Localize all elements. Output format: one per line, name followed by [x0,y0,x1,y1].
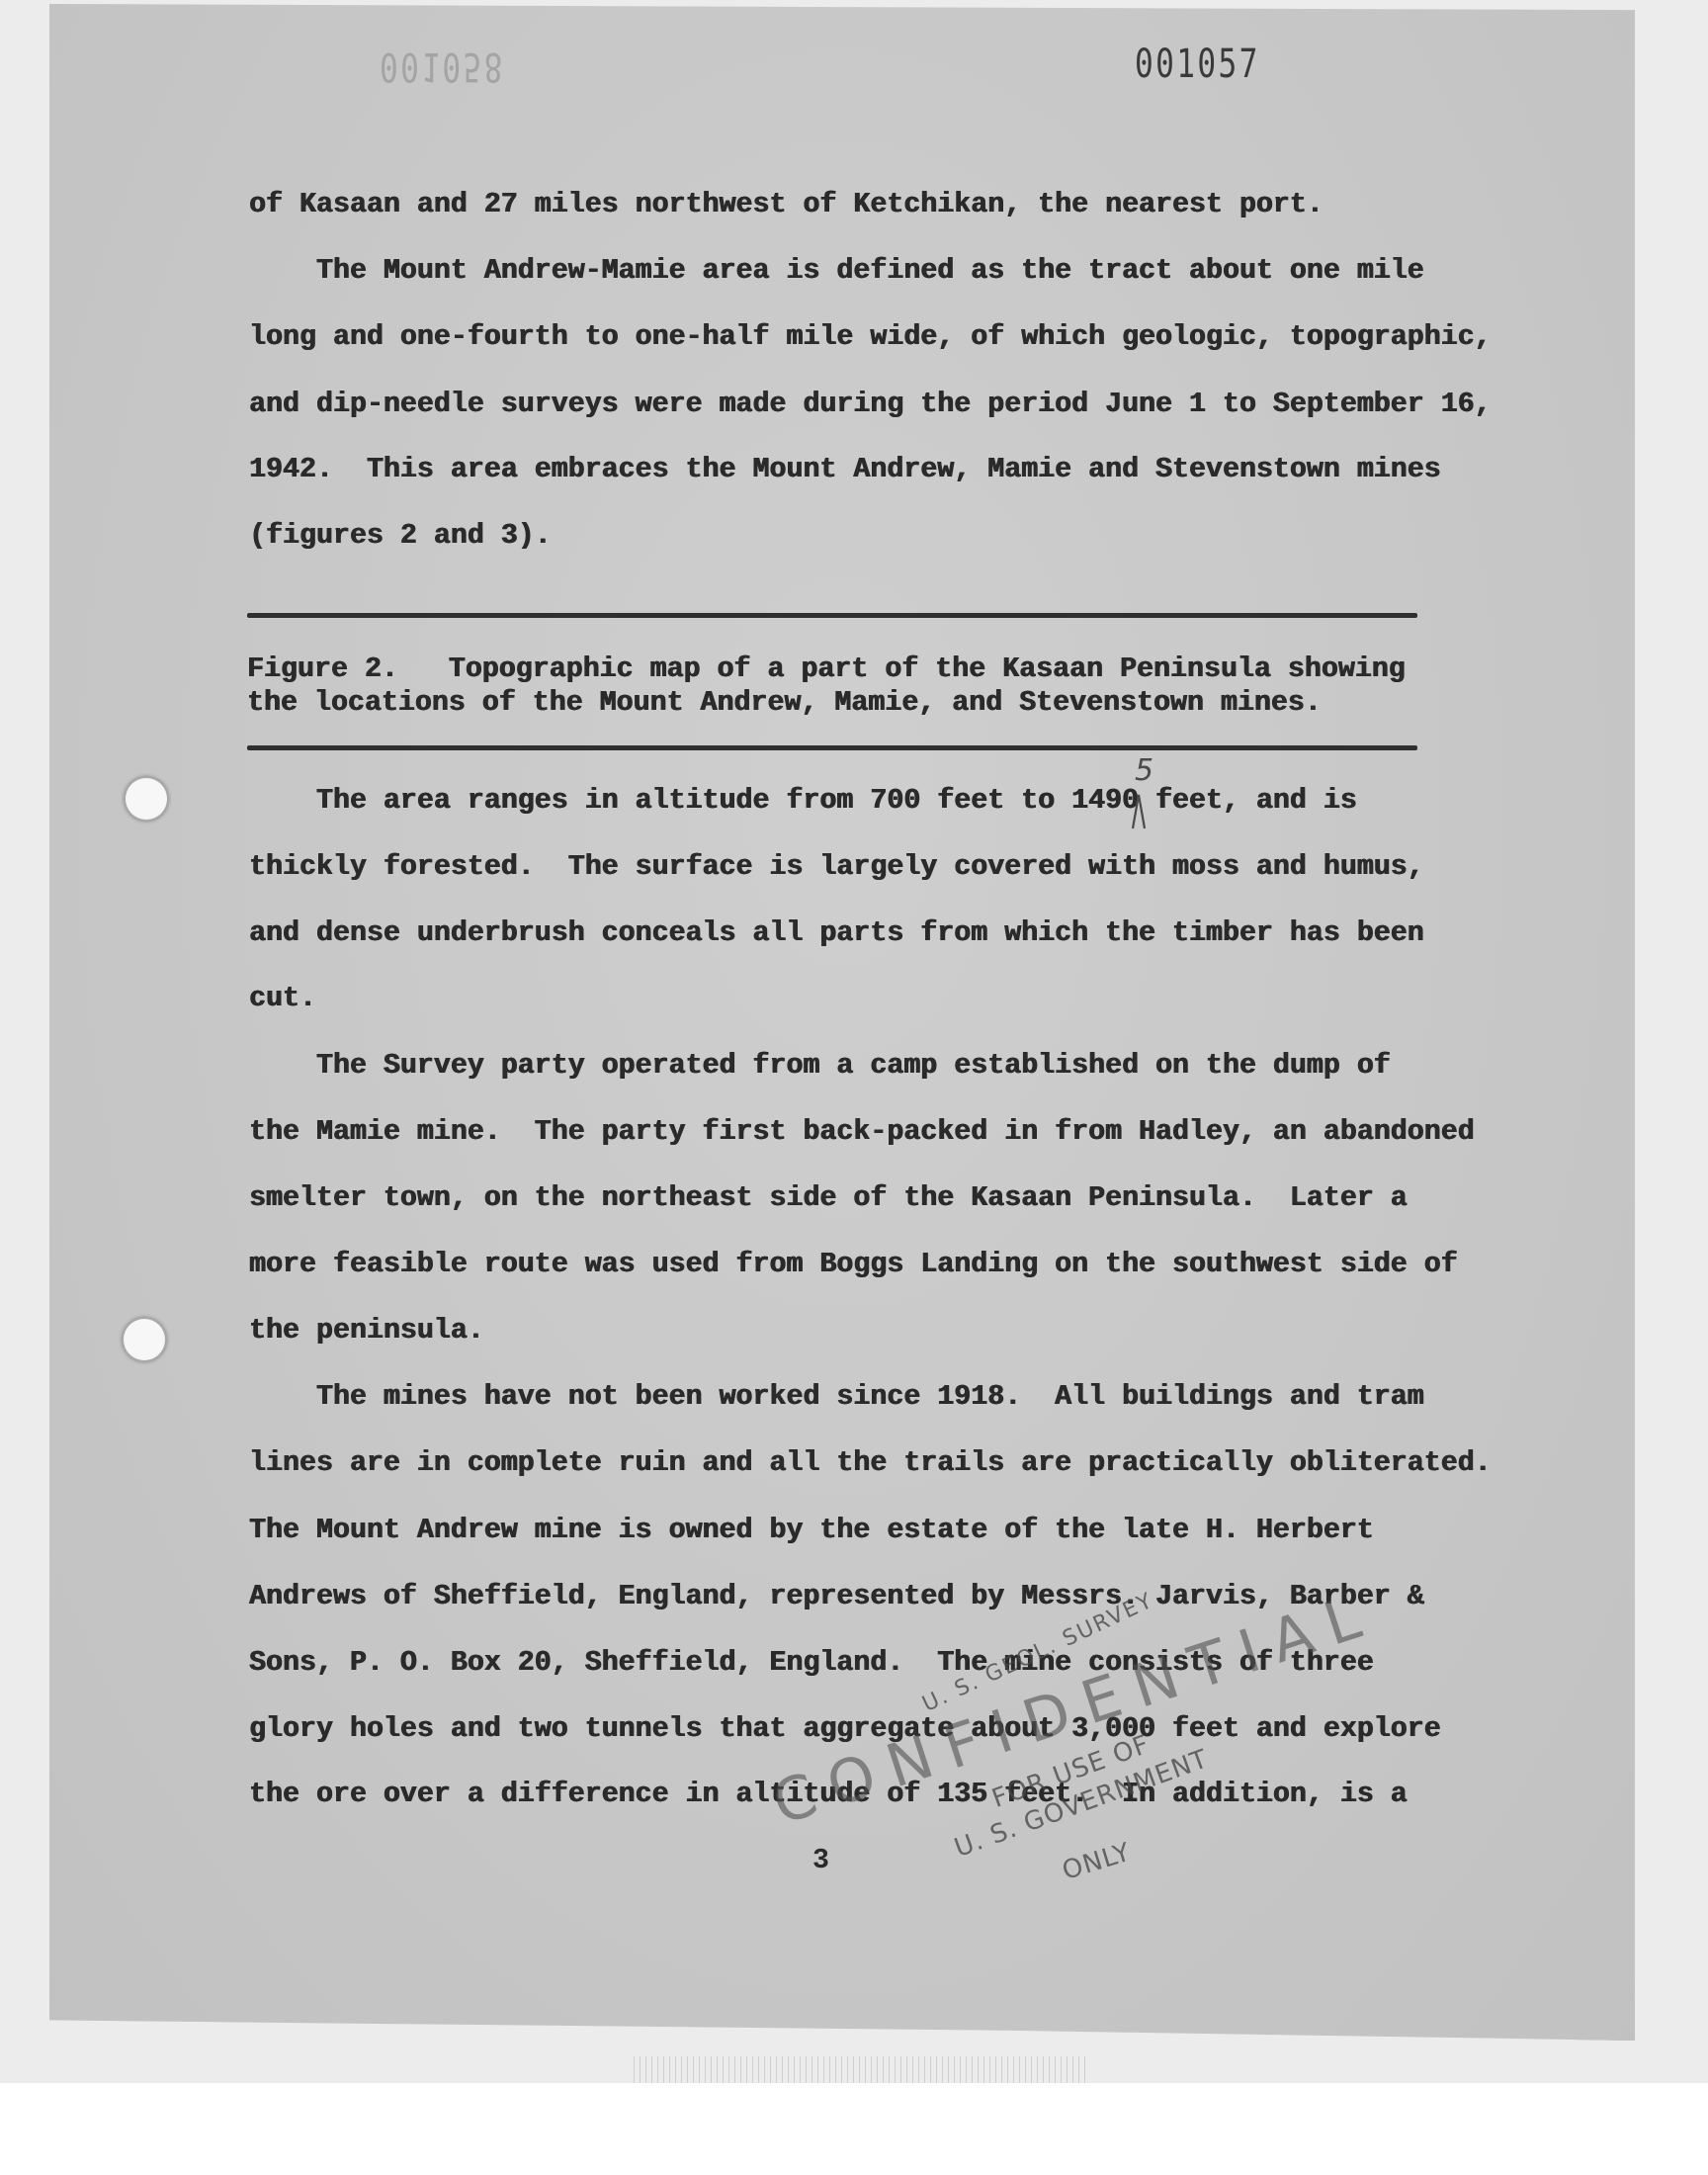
text-line: and dip-needle surveys were made during … [249,388,1492,421]
bates-number-bleedthrough: 001058 [380,43,505,89]
text-line: lines are in complete ruin and all the t… [249,1446,1492,1480]
bates-number: 001057 [1135,42,1260,87]
text-line: The area ranges in altitude from 700 fee… [249,784,1357,818]
punch-hole-bottom [121,1316,168,1363]
text-line: The Survey party operated from a camp es… [249,1049,1391,1083]
text-line: of Kasaan and 27 miles northwest of Ketc… [249,188,1324,221]
handwritten-correction: 5 [1135,753,1153,788]
insertion-caret-mark [1130,791,1148,830]
caption-rule-bottom [247,745,1417,750]
text-line: thickly forested. The surface is largely… [249,850,1424,884]
text-line: The Mount Andrew mine is owned by the es… [249,1514,1374,1547]
text-line: more feasible route was used from Boggs … [249,1248,1458,1281]
text-line: and dense underbrush conceals all parts … [249,916,1424,950]
text-line: glory holes and two tunnels that aggrega… [249,1712,1441,1746]
page-number: 3 [812,1844,829,1877]
figure-caption-line: the locations of the Mount Andrew, Mamie… [247,686,1322,720]
text-line: the Mamie mine. The party first back-pac… [249,1115,1475,1149]
text-line: smelter town, on the northeast side of t… [249,1181,1408,1215]
text-line: the peninsula. [249,1314,484,1348]
text-line: cut. [249,982,316,1015]
text-line: The Mount Andrew-Mamie area is defined a… [249,254,1424,288]
scanner-streaks [0,2056,1708,2083]
text-line: 1942. This area embraces the Mount Andre… [249,453,1441,486]
text-line: long and one-fourth to one-half mile wid… [249,320,1492,354]
figure-caption-line: Figure 2. Topographic map of a part of t… [247,652,1406,686]
text-line: Andrews of Sheffield, England, represent… [249,1580,1424,1613]
text-line: The mines have not been worked since 191… [249,1380,1424,1414]
text-line: (figures 2 and 3). [249,519,552,553]
punch-hole-top [123,775,170,823]
caption-rule-top [247,613,1417,618]
